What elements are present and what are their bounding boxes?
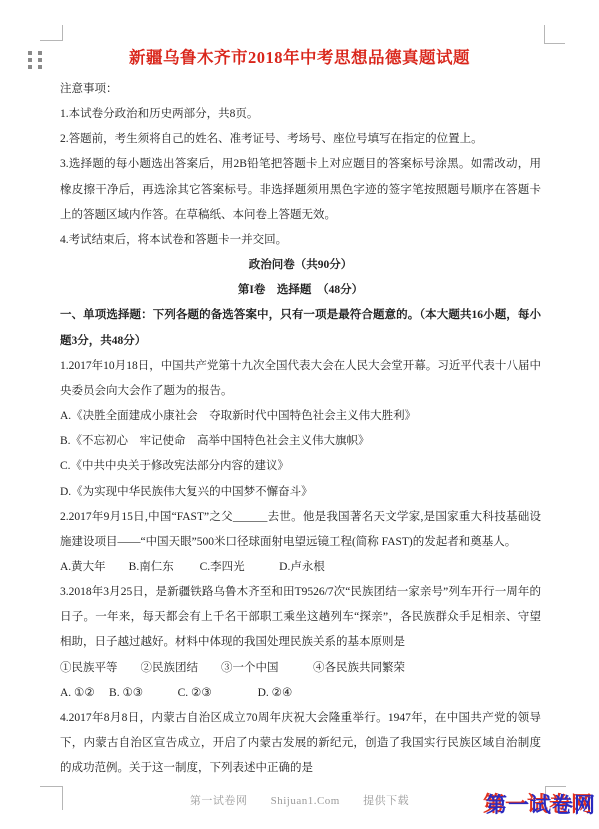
margin-mark-top-right-icon [544,25,565,44]
document-page: 新疆乌鲁木齐市2018年中考思想品德真题试题 注意事项： 1.本试卷分政治和历史… [0,0,599,829]
paper-heading: 政治问卷（共90分） [60,253,541,278]
question-1-option-a: A.《决胜全面建成小康社会 夺取新时代中国特色社会主义伟大胜利》 [60,404,541,429]
footer-download-note: 提供下载 [363,795,409,807]
notice-heading: 注意事项： [60,77,541,102]
question-1-option-c: C.《中共中央关于修改宪法部分内容的建议》 [60,454,541,479]
question-2-stem: 2.2017年9月15日,中国“FAST”之父______去世。他是我国著名天文… [60,505,541,555]
question-3-choices: ①民族平等 ②民族团结 ③一个中国 ④各民族共同繁荣 [60,656,541,681]
question-1-option-b: B.《不忘初心 牢记使命 高举中国特色社会主义伟大旗帜》 [60,429,541,454]
notice-item-3: 3.选择题的每小题选出答案后，用2B铅笔把答题卡上对应题目的答案标号涂黑。如需改… [60,152,541,227]
section-intro: 一、单项选择题：下列各题的备选答案中，只有一项是最符合题意的。（本大题共16小题… [60,303,541,353]
question-1-option-d: D.《为实现中华民族伟大复兴的中国梦不懈奋斗》 [60,480,541,505]
question-2-options: A.黄大年 B.南仁东 C.李四光 D.卢永根 [60,555,541,580]
question-1-stem: 1.2017年10月18日，中国共产党第十九次全国代表大会在人民大会堂开幕。习近… [60,354,541,404]
notice-item-4: 4.考试结束后，将本试卷和答题卡一并交回。 [60,228,541,253]
notice-item-1: 1.本试卷分政治和历史两部分，共8页。 [60,102,541,127]
footer-site-name: 第一试卷网 [190,795,248,807]
page-title: 新疆乌鲁木齐市2018年中考思想品德真题试题 [0,44,599,68]
question-3-options: A. ①② B. ①③ C. ②③ D. ②④ [60,681,541,706]
margin-mark-top-left-icon [40,25,63,41]
question-4-stem: 4.2017年8月8日，内蒙古自治区成立70周年庆祝大会隆重举行。1947年，在… [60,706,541,781]
footer-site-domain: Shijuan1.Com [271,795,340,807]
notice-item-2: 2.答题前，考生须将自己的姓名、准考证号、考场号、座位号填写在指定的位置上。 [60,127,541,152]
part-heading: 第I卷 选择题 （48分） [60,278,541,303]
document-body: 注意事项： 1.本试卷分政治和历史两部分，共8页。 2.答题前，考生须将自己的姓… [60,77,541,781]
site-logo: 第一试卷网 [486,789,596,819]
question-3-stem: 3.2018年3月25日，是新疆铁路乌鲁木齐至和田T9526/7次“民族团结一家… [60,580,541,655]
